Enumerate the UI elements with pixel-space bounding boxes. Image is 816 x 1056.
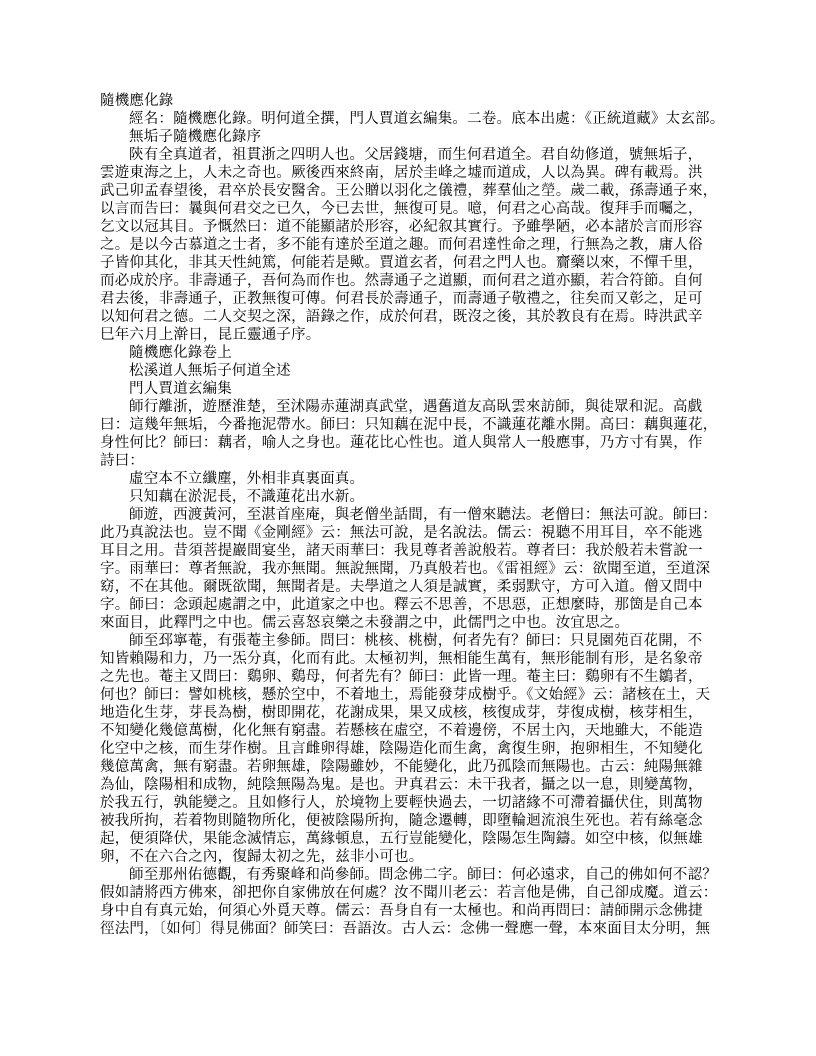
text-line: 雲遊東海之上，人未之奇也。厥後西來終南，居於圭峰之墟而道成，人以為異。碑有載焉。… bbox=[100, 164, 748, 182]
text-line: 來面目，此釋門之中也。儒云喜怒哀樂之未發謂之中，此儒門之中也。汝宜思之。 bbox=[100, 614, 748, 632]
text-line: 武己卯孟春望後，君卒於長安醫舍。王公贈以羽化之儀禮，葬羣仙之塋。歲二載，孫壽通子… bbox=[100, 182, 748, 200]
text-line: 假如請將西方佛來，卻把你自家佛放在何處？汝不聞川老云：若言他是佛，自己卻成魔。道… bbox=[100, 884, 748, 902]
text-line: 之先也。菴主又問曰：鷄卵、鷄母，何者先有？師曰：此皆一理。菴主曰：鷄卵有不生鶵者… bbox=[100, 668, 748, 686]
text-line: 以知何君之德。二人交契之深，語錄之作，成於何君，既沒之後，其於教良有在焉。時洪武… bbox=[100, 308, 748, 326]
text-line: 曰：這幾年無垢，今番拖泥帶水。師曰：只知藕在泥中長，不識蓮花離水開。高曰：藕與蓮… bbox=[100, 416, 748, 434]
text-line: 為仙，陰陽相和成物，純陰無陽為鬼。是也。尹真君云：未干我者，攝之以一息，則變萬物… bbox=[100, 776, 748, 794]
text-line: 卵，不在六合之內，復歸太初之先，兹非小可也。 bbox=[100, 848, 748, 866]
text-line: 詩曰： bbox=[100, 452, 748, 470]
text-line: 耳目之用。昔須菩提巖間宴坐，諸天雨華曰：我見尊者善說般若。尊者曰：我於般若未嘗說… bbox=[100, 542, 748, 560]
text-line: 以言而告曰：曩與何君交之已久，今已去世，無復可見。噫，何君之心高哉。復拜手而囑之… bbox=[100, 200, 748, 218]
text-line: 字。師曰：念頭起處謂之中，此道家之中也。釋云不思善，不思惡，正想麼時，那箇是自己… bbox=[100, 596, 748, 614]
text-line: 幾億萬禽，無有窮盡。若卵無雄，陰陽雖妙，不能變化，此乃孤陰而無陽也。古云：純陽無… bbox=[100, 758, 748, 776]
document-title: 隨機應化錄 bbox=[100, 92, 748, 110]
text-line: 隨機應化錄卷上 bbox=[100, 344, 748, 362]
text-line: 起，便須降伏，果能念滅情忘，萬緣頓息，五行豈能變化，陰陽怎生陶鑄。如空中核，似無… bbox=[100, 830, 748, 848]
text-line: 字。雨華曰：尊者無說，我亦無聞。無說無聞，乃真般若也。《雷祖經》云：欲聞至道，至… bbox=[100, 560, 748, 578]
text-line: 此乃真說法也。豈不聞《金剛經》云：無法可說，是名說法。儒云：視聽不用耳目，卒不能… bbox=[100, 524, 748, 542]
text-line: 被我所拘，若着物則隨物所化，便被陰陽所拘，隨念遷轉，即墮輪迴流浪生死也。若有絲毫… bbox=[100, 812, 748, 830]
text-line: 何也？師曰：譬如桃核，懸於空中，不着地土，焉能發芽成樹乎。《文始經》云：諸核在土… bbox=[100, 686, 748, 704]
text-line: 君去後，非壽通子，正教無復可傳。何君長於壽通子，而壽通子敬禮之，往矣而又彰之，足… bbox=[100, 290, 748, 308]
text-line: 不知變化幾億萬樹，化化無有窮盡。若懸核在虛空，不着邊傍，不居土內，天地雖大，不能… bbox=[100, 722, 748, 740]
text-line: 之。是以今古慕道之士者，多不能有達於至道之趣。而何君達性命之理，行無為之教，庸人… bbox=[100, 236, 748, 254]
text-line: 虛空本不立纖塵，外相非真裏面真。 bbox=[100, 470, 748, 488]
text-line: 門人賈道玄編集 bbox=[100, 380, 748, 398]
text-line: 化空中之核，而生芽作樹。且言雌卵得雄，陰陽造化而生禽，禽復生卵，抱卵相生，不知變… bbox=[100, 740, 748, 758]
text-line: 身中自有真元始，何須心外覓天尊。儒云：吾身自有一太極也。和尚再問曰：請師開示念佛… bbox=[100, 902, 748, 920]
text-line: 地造化生芽，芽長為樹，樹即開花，花謝成果，果又成核，核復成芽，芽復成樹，核芽相生… bbox=[100, 704, 748, 722]
text-line: 徑法門，〔如何〕得見佛面？師笑曰：吾語汝。古人云：念佛一聲應一聲，本來面目太分明… bbox=[100, 920, 748, 938]
text-line: 巳年六月上澣日，昆丘靈通子序。 bbox=[100, 326, 748, 344]
text-line: 而必成於序。非壽通子，吾何為而作也。然壽通子之道顯，而何君之道亦顯，若合符節。自… bbox=[100, 272, 748, 290]
text-line: 師行離浙，遊歷淮楚，至沭陽赤蓮湖真武堂，遇舊道友高臥雲來訪師，與徒眾和泥。高戲 bbox=[100, 398, 748, 416]
text-line: 於我五行，孰能變之。且如修行人，於境物上要輕快過去，一切諸緣不可滯着攝伏住，則萬… bbox=[100, 794, 748, 812]
text-line: 無垢子隨機應化錄序 bbox=[100, 128, 748, 146]
text-line: 陝有全真道者，祖貫浙之四明人也。父居錢塘，而生何君道全。君自幼修道，號無垢子， bbox=[100, 146, 748, 164]
text-line: 師至那州佑德觀，有秀聚峰和尚參師。問念佛二字。師曰：何必遠求，自己的佛如何不認？ bbox=[100, 866, 748, 884]
text-line: 松溪道人無垢子何道全述 bbox=[100, 362, 748, 380]
document-text-content: 隨機應化錄經名：隨機應化錄。明何道全撰，門人賈道玄編集。二卷。底本出處：《正統道… bbox=[100, 92, 748, 938]
text-line: 只知藕在淤泥長，不識蓮花出水新。 bbox=[100, 488, 748, 506]
text-line: 師遊，西渡黃河，至湛首座庵，與老僧坐話間，有一僧來聽法。老僧曰：無法可說。師曰： bbox=[100, 506, 748, 524]
text-line: 窈，不在其他。爾既欲聞，無聞者是。夫學道之人須是誠實，柔弱默守，方可入道。僧又問… bbox=[100, 578, 748, 596]
document-page: 隨機應化錄經名：隨機應化錄。明何道全撰，門人賈道玄編集。二卷。底本出處：《正統道… bbox=[0, 0, 816, 1056]
text-line: 身性何比？師曰：藕者，喻人之身也。蓮花比心性也。道人與常人一般應事，乃方寸有異，… bbox=[100, 434, 748, 452]
text-line: 師至邳寧菴，有張菴主參師。問曰：桃核、桃樹，何者先有？師曰：只見園苑百花開，不 bbox=[100, 632, 748, 650]
text-line: 知皆賴陽和力，乃一炁分真，化而有此。太極初判，無相能生萬有，無形能制有形，是名象… bbox=[100, 650, 748, 668]
text-line: 乞文以冠其目。予慨然曰：道不能顯諸於形容，必紀叙其實行。予雖學陋，必本諸於言而形… bbox=[100, 218, 748, 236]
text-line: 經名：隨機應化錄。明何道全撰，門人賈道玄編集。二卷。底本出處：《正統道藏》太玄部… bbox=[100, 110, 748, 128]
text-line: 子皆仰其化，非其天性純篤，何能若是歟。賈道玄者，何君之門人也。齎藥以來，不憚千里… bbox=[100, 254, 748, 272]
